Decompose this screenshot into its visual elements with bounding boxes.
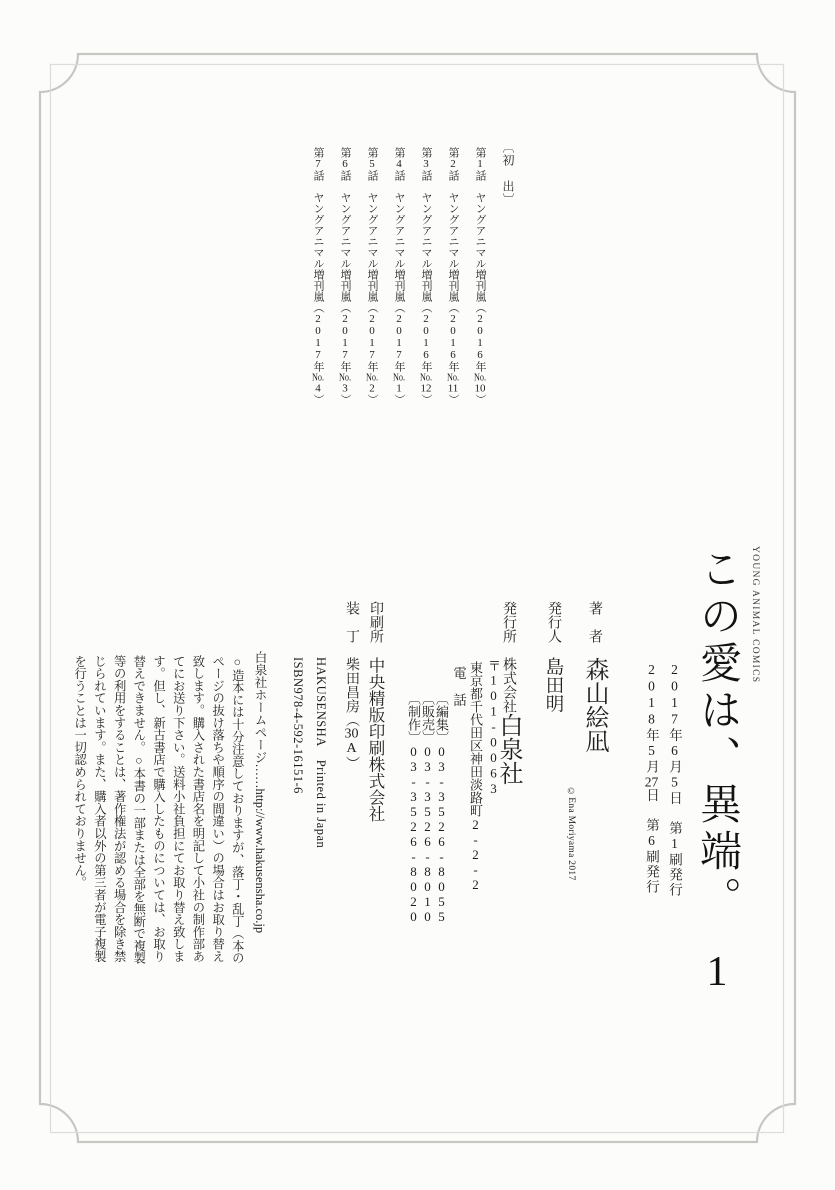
isbn-line: ISBN978-4-592-16151-6 bbox=[290, 657, 305, 794]
book-design-line: 装 丁 柴田昌房（30A） bbox=[341, 601, 361, 770]
first-publication-entry: 第5話 ヤングアニマル増刊嵐（2017年No.2） bbox=[358, 147, 385, 405]
telephone-label: 電 話 bbox=[448, 666, 468, 707]
publisher-homepage-line: 白泉社ホームページ……http://www.hakusensha.co.jp bbox=[251, 651, 269, 933]
first-publication-header: 〔初 出〕 bbox=[500, 141, 517, 206]
printed-in-japan-line: HAKUSENSHA Printed in Japan bbox=[312, 657, 330, 848]
first-publication-entry: 第3話 ヤングアニマル増刊嵐（2016年No.12） bbox=[412, 147, 439, 405]
first-printing-date: 2017年6月5日 第1刷発行 bbox=[664, 662, 684, 898]
first-publication-entry: 第6話 ヤングアニマル増刊嵐（2017年No.3） bbox=[331, 147, 358, 405]
first-publication-entry: 第7話 ヤングアニマル増刊嵐（2017年No.4） bbox=[304, 147, 331, 405]
book-title: この愛は、異端。 1 bbox=[687, 547, 747, 1000]
first-publication-list: 第1話 ヤングアニマル増刊嵐（2016年No.10） 第2話 ヤングアニマル増刊… bbox=[304, 147, 493, 405]
postal-code-line: 〒101-0063 bbox=[484, 659, 503, 797]
publisher-person-line: 発行人 島田明 bbox=[540, 601, 566, 713]
author-line: 著 者 森山絵凪 bbox=[577, 601, 612, 753]
telephone-production-line: 〔制作〕03-3526-8020 bbox=[404, 692, 423, 924]
series-label: YOUNG ANIMAL COMICS bbox=[750, 546, 760, 683]
legal-notice-paragraph: ○造本には十分注意しておりますが、落丁・乱丁（本のページの抜け落ちや順序の間違い… bbox=[69, 655, 246, 965]
first-publication-entry: 第1話 ヤングアニマル増刊嵐（2016年No.10） bbox=[466, 147, 493, 405]
sixth-printing-date: 2018年5月27日 第6刷発行 bbox=[641, 662, 661, 895]
printer-line: 印刷所 中央精版印刷株式会社 bbox=[363, 601, 387, 822]
first-publication-entry: 第2話 ヤングアニマル増刊嵐（2016年No.11） bbox=[439, 147, 466, 405]
first-publication-entry: 第4話 ヤングアニマル増刊嵐（2017年No.1） bbox=[385, 147, 412, 405]
address-line: 東京都千代田区神田淡路町2-2-2 bbox=[466, 661, 485, 892]
copyright-line: ©Ena Moriyama 2017 bbox=[566, 787, 576, 881]
